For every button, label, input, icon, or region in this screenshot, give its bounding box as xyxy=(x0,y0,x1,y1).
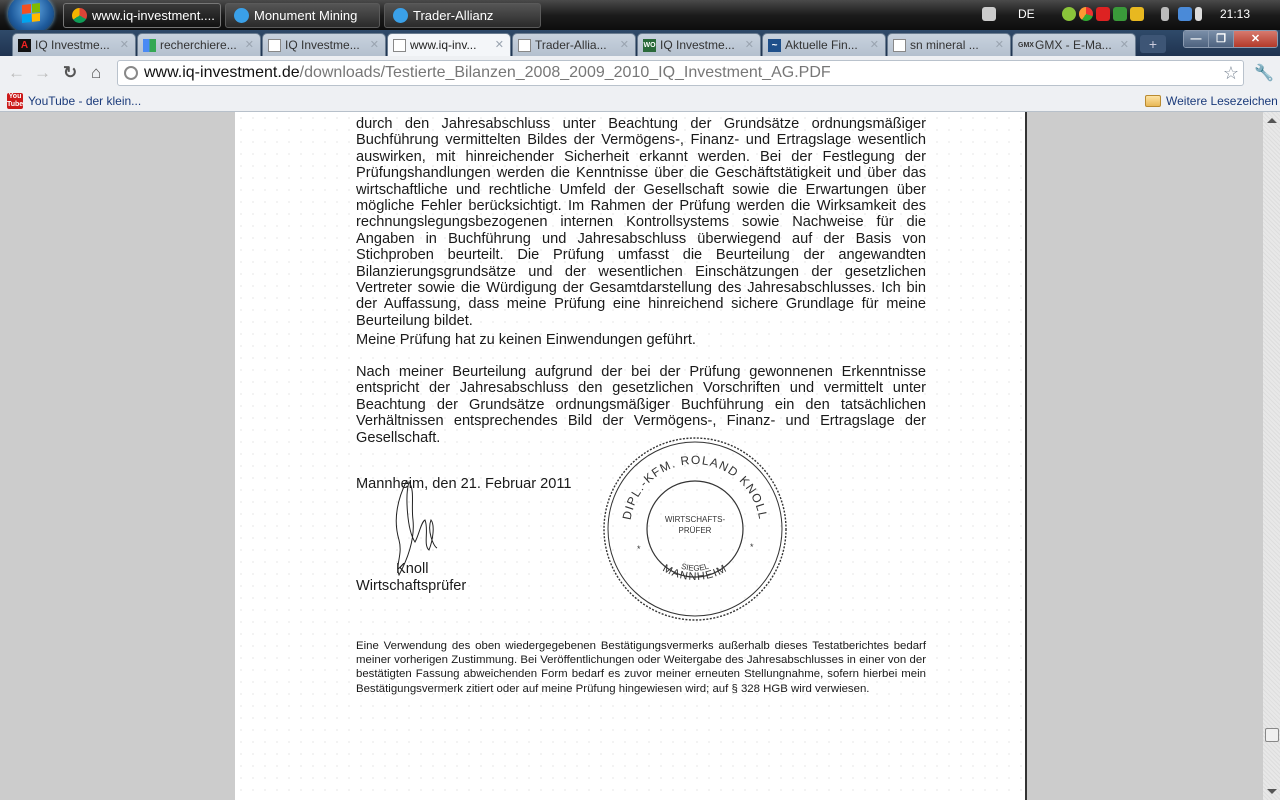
window-controls: — ❐ ✕ xyxy=(1183,30,1278,48)
url-host: www.iq-investment.de xyxy=(144,64,300,81)
seal-outer-top: DIPL.-KFM. ROLAND KNOLL xyxy=(620,453,771,521)
pdf-viewer[interactable]: durch den Jahresabschluss unter Beachtun… xyxy=(0,112,1263,800)
gmx-favicon-icon: GMX xyxy=(1018,39,1031,52)
page-icon xyxy=(393,39,406,52)
seal-inner-line2: PRÜFER xyxy=(679,526,712,535)
paragraph-no-objections: Meine Prüfung hat zu keinen Einwendungen… xyxy=(356,332,926,348)
bookmark-label: YouTube - der klein... xyxy=(28,94,141,108)
tab-gmx[interactable]: GMX GMX - E-Ma... ✕ xyxy=(1012,33,1136,56)
taskbar-task-trader-allianz[interactable]: Trader-Allianz xyxy=(384,3,541,28)
page-icon xyxy=(893,39,906,52)
bookmark-label: Weitere Lesezeichen xyxy=(1166,94,1278,108)
close-tab-icon[interactable]: ✕ xyxy=(995,34,1004,56)
wo-favicon-icon: WO xyxy=(643,39,656,52)
globe-icon xyxy=(124,66,138,80)
avira-icon[interactable] xyxy=(1096,7,1110,21)
close-tab-icon[interactable]: ✕ xyxy=(120,34,129,56)
messenger-icon xyxy=(393,8,408,23)
windows-taskbar: www.iq-investment.... Monument Mining Tr… xyxy=(0,0,1280,30)
scroll-up-arrow-icon[interactable] xyxy=(1267,118,1277,123)
address-bar[interactable]: www.iq-investment.de/downloads/Testierte… xyxy=(117,60,1244,86)
antivirus-icon[interactable] xyxy=(1062,7,1076,21)
tab-label: IQ Investme... xyxy=(660,38,735,52)
bookmarks-bar: YouTubeYouTube - der klein... Weitere Le… xyxy=(0,90,1280,112)
scrollbar-thumb[interactable] xyxy=(1265,728,1279,742)
user-warning-icon[interactable] xyxy=(1130,7,1144,21)
task-label: www.iq-investment.... xyxy=(92,8,215,23)
reload-button[interactable]: ↻ xyxy=(63,64,77,82)
favicon-a-icon: A xyxy=(18,39,31,52)
forward-button[interactable]: → xyxy=(34,64,51,82)
seal-star-icon: * xyxy=(750,542,754,552)
svg-text:DIPL.-KFM. ROLAND KNOLL: DIPL.-KFM. ROLAND KNOLL xyxy=(620,453,771,521)
task-label: Trader-Allianz xyxy=(413,8,493,23)
browser-toolbar: ← → ↻ ⌂ www.iq-investment.de/downloads/T… xyxy=(0,56,1280,90)
tab-aktuelle-finanzen[interactable]: ~ Aktuelle Fin... ✕ xyxy=(762,33,886,56)
tab-label: www.iq-inv... xyxy=(410,38,476,52)
google-icon xyxy=(143,39,156,52)
seal-inner-bottom: SIEGEL xyxy=(680,561,710,572)
tab-iq-investment-1[interactable]: A IQ Investme... ✕ xyxy=(12,33,136,56)
messenger-icon xyxy=(234,8,249,23)
tab-iq-investment-wo[interactable]: WO IQ Investme... ✕ xyxy=(637,33,761,56)
close-tab-icon[interactable]: ✕ xyxy=(495,34,504,56)
tab-iq-investment-2[interactable]: IQ Investme... ✕ xyxy=(262,33,386,56)
pen-input-icon[interactable] xyxy=(982,7,996,21)
wrench-menu-icon[interactable]: 🔧 xyxy=(1254,63,1274,83)
task-label: Monument Mining xyxy=(254,8,357,23)
system-tray: DE 21:13 xyxy=(980,0,1280,30)
maximize-button[interactable]: ❐ xyxy=(1209,31,1234,47)
close-window-button[interactable]: ✕ xyxy=(1234,31,1277,47)
page-icon xyxy=(518,39,531,52)
home-button[interactable]: ⌂ xyxy=(91,64,101,82)
taskbar-task-chrome[interactable]: www.iq-investment.... xyxy=(63,3,221,28)
sync-icon[interactable] xyxy=(1079,7,1093,21)
lan-icon[interactable] xyxy=(1113,7,1127,21)
tab-iq-investment-pdf[interactable]: www.iq-inv... ✕ xyxy=(387,33,511,56)
seal-inner-line1: WIRTSCHAFTS- xyxy=(665,515,726,524)
close-tab-icon[interactable]: ✕ xyxy=(745,34,754,56)
taskbar-task-monument-mining[interactable]: Monument Mining xyxy=(225,3,380,28)
tab-strip: A IQ Investme... ✕ recherchiere... ✕ IQ … xyxy=(0,30,1280,56)
svg-text:SIEGEL: SIEGEL xyxy=(680,561,710,572)
chrome-icon xyxy=(72,8,87,23)
close-tab-icon[interactable]: ✕ xyxy=(1120,34,1129,56)
folder-icon xyxy=(1145,95,1161,107)
official-seal: DIPL.-KFM. ROLAND KNOLL MANNHEIM SIEGEL … xyxy=(600,434,790,624)
start-button[interactable] xyxy=(8,0,54,34)
tab-trader-allianz[interactable]: Trader-Allia... ✕ xyxy=(512,33,636,56)
volume-icon[interactable] xyxy=(1195,7,1202,21)
tab-label: Aktuelle Fin... xyxy=(785,38,858,52)
tab-label: GMX - E-Ma... xyxy=(1035,38,1112,52)
close-tab-icon[interactable]: ✕ xyxy=(370,34,379,56)
windows-logo-icon xyxy=(22,3,40,23)
bookmark-star-icon[interactable]: ☆ xyxy=(1223,61,1239,85)
network-icon[interactable] xyxy=(1178,7,1192,21)
new-tab-button[interactable]: + xyxy=(1140,35,1166,53)
tab-sn-mineral[interactable]: sn mineral ... ✕ xyxy=(887,33,1011,56)
tab-label: recherchiere... xyxy=(160,38,237,52)
tab-recherchiere[interactable]: recherchiere... ✕ xyxy=(137,33,261,56)
finance-favicon-icon: ~ xyxy=(768,39,781,52)
paragraph-audit-procedure: durch den Jahresabschluss unter Beachtun… xyxy=(356,116,926,329)
bookmark-youtube[interactable]: YouTubeYouTube - der klein... xyxy=(7,93,141,109)
battery-icon[interactable] xyxy=(1161,7,1169,21)
scroll-down-arrow-icon[interactable] xyxy=(1267,789,1277,794)
page-icon xyxy=(268,39,281,52)
footnote-disclaimer: Eine Verwendung des oben wiedergegebenen… xyxy=(356,639,926,696)
tab-label: IQ Investme... xyxy=(35,38,110,52)
other-bookmarks[interactable]: Weitere Lesezeichen xyxy=(1145,93,1278,109)
close-tab-icon[interactable]: ✕ xyxy=(245,34,254,56)
pdf-page: durch den Jahresabschluss unter Beachtun… xyxy=(235,112,1027,800)
minimize-button[interactable]: — xyxy=(1184,31,1209,47)
signer-name: Knoll xyxy=(396,561,428,577)
close-tab-icon[interactable]: ✕ xyxy=(870,34,879,56)
tab-label: IQ Investme... xyxy=(285,38,360,52)
seal-star-icon: * xyxy=(637,544,641,554)
vertical-scrollbar[interactable] xyxy=(1263,112,1280,800)
youtube-icon: YouTube xyxy=(7,93,23,109)
language-indicator[interactable]: DE xyxy=(1018,7,1035,21)
signer-title: Wirtschaftsprüfer xyxy=(356,578,466,594)
close-tab-icon[interactable]: ✕ xyxy=(620,34,629,56)
tab-label: sn mineral ... xyxy=(910,38,979,52)
url-path: /downloads/Testierte_Bilanzen_2008_2009_… xyxy=(300,64,831,81)
tab-label: Trader-Allia... xyxy=(535,38,607,52)
back-button[interactable]: ← xyxy=(8,64,25,82)
clock[interactable]: 21:13 xyxy=(1220,7,1250,21)
